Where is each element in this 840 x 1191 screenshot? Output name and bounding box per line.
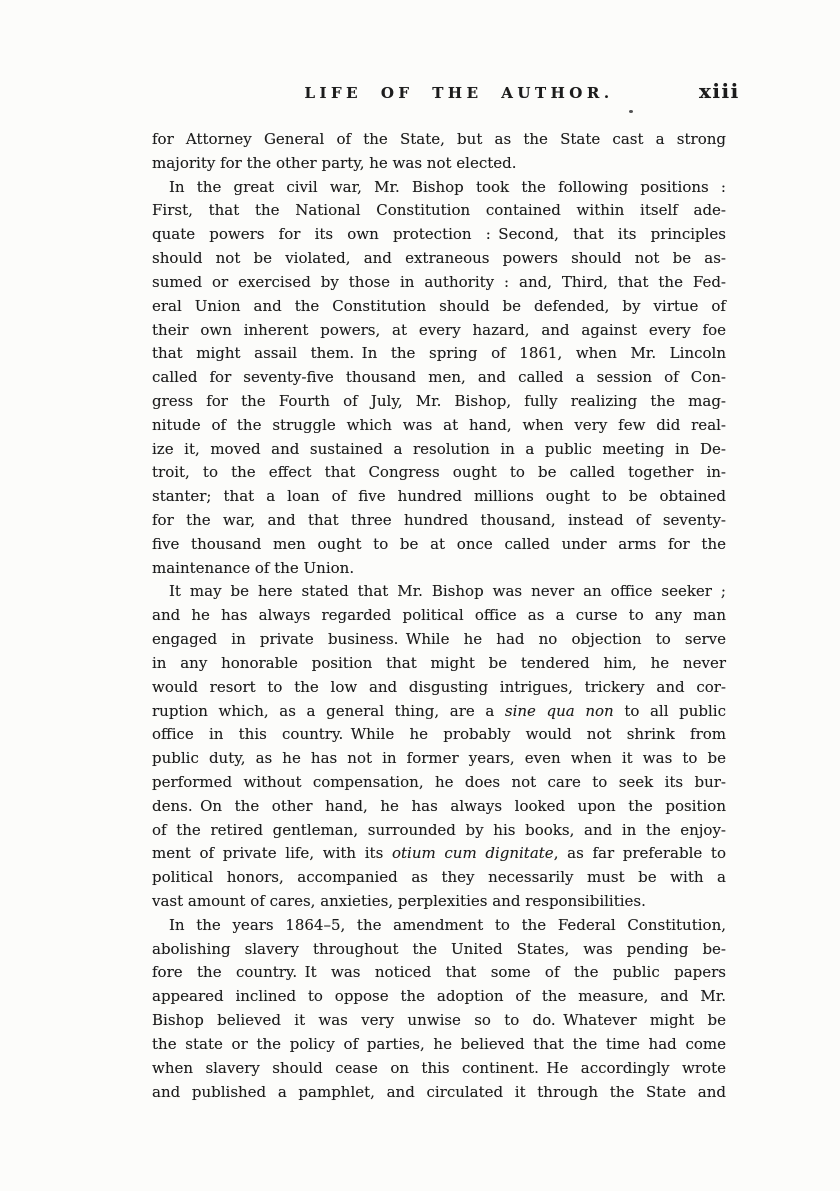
ink-speck bbox=[629, 110, 633, 113]
italic-phrase: otium cum dignitate bbox=[392, 844, 554, 862]
text-line: In the years 1864–5, the amendment to th… bbox=[152, 914, 726, 938]
text-line: First, that the National Constitution co… bbox=[152, 199, 726, 223]
text-segment: abolishing slavery throughout the United… bbox=[152, 940, 726, 958]
text-segment: In the great civil war, Mr. Bishop took … bbox=[169, 178, 726, 196]
text-line: eral Union and the Constitution should b… bbox=[152, 295, 726, 319]
text-segment: that might assail them. In the spring of… bbox=[152, 344, 726, 362]
text-segment: majority for the other party, he was not… bbox=[152, 154, 517, 172]
text-line: office in this country. While he probabl… bbox=[152, 723, 726, 747]
text-line: and published a pamphlet, and circulated… bbox=[152, 1081, 726, 1105]
text-line: quate powers for its own protection : Se… bbox=[152, 223, 726, 247]
text-line: and he has always regarded political off… bbox=[152, 604, 726, 628]
text-segment: in any honorable position that might be … bbox=[152, 654, 726, 672]
text-segment: when slavery should cease on this contin… bbox=[152, 1059, 726, 1077]
text-segment: First, that the National Constitution co… bbox=[152, 201, 726, 219]
text-line: It may be here stated that Mr. Bishop wa… bbox=[152, 580, 726, 604]
text-segment: engaged in private business. While he ha… bbox=[152, 630, 726, 648]
text-line: five thousand men ought to be at once ca… bbox=[152, 533, 726, 557]
text-segment: dens. On the other hand, he has always l… bbox=[152, 797, 726, 815]
book-page-scan: LIFE OF THE AUTHOR. xiii for Attorney Ge… bbox=[0, 0, 840, 1191]
text-segment: should not be violated, and extraneous p… bbox=[152, 249, 726, 267]
text-line: ment of private life, with its otium cum… bbox=[152, 842, 726, 866]
text-segment: nitude of the struggle which was at hand… bbox=[152, 416, 726, 434]
text-line: In the great civil war, Mr. Bishop took … bbox=[152, 176, 726, 200]
text-line: sumed or exercised by those in authority… bbox=[152, 271, 726, 295]
text-segment: Bishop believed it was very unwise so to… bbox=[152, 1011, 726, 1029]
text-segment: the state or the policy of parties, he b… bbox=[152, 1035, 726, 1053]
text-segment: eral Union and the Constitution should b… bbox=[152, 297, 726, 315]
text-segment: gress for the Fourth of July, Mr. Bishop… bbox=[152, 392, 726, 410]
text-segment: of the retired gentleman, surrounded by … bbox=[152, 821, 726, 839]
text-segment: performed without compensation, he does … bbox=[152, 773, 726, 791]
text-segment: vast amount of cares, anxieties, perplex… bbox=[152, 892, 646, 910]
text-line: when slavery should cease on this contin… bbox=[152, 1057, 726, 1081]
text-line: vast amount of cares, anxieties, perplex… bbox=[152, 890, 726, 914]
text-segment: for the war, and that three hundred thou… bbox=[152, 511, 726, 529]
running-title: LIFE OF THE AUTHOR. bbox=[304, 84, 613, 102]
text-segment: to all public bbox=[614, 702, 726, 720]
text-line: maintenance of the Union. bbox=[152, 557, 726, 581]
text-segment: In the years 1864–5, the amendment to th… bbox=[169, 916, 726, 934]
text-line: troit, to the effect that Congress ought… bbox=[152, 461, 726, 485]
text-segment: ruption which, as a general thing, are a bbox=[152, 702, 505, 720]
text-line: public duty, as he has not in former yea… bbox=[152, 747, 726, 771]
text-line: ize it, moved and sustained a resolution… bbox=[152, 438, 726, 462]
text-line: should not be violated, and extraneous p… bbox=[152, 247, 726, 271]
text-segment: would resort to the low and disgusting i… bbox=[152, 678, 726, 696]
text-segment: stanter; that a loan of five hundred mil… bbox=[152, 487, 726, 505]
text-segment: ment of private life, with its bbox=[152, 844, 392, 862]
text-line: for Attorney General of the State, but a… bbox=[152, 128, 726, 152]
text-segment: fore the country. It was noticed that so… bbox=[152, 963, 726, 981]
text-line: dens. On the other hand, he has always l… bbox=[152, 795, 726, 819]
text-segment: public duty, as he has not in former yea… bbox=[152, 749, 726, 767]
text-segment: maintenance of the Union. bbox=[152, 559, 354, 577]
text-line: of the retired gentleman, surrounded by … bbox=[152, 819, 726, 843]
text-line: ruption which, as a general thing, are a… bbox=[152, 700, 726, 724]
text-segment: and published a pamphlet, and circulated… bbox=[152, 1083, 726, 1101]
text-segment: their own inherent powers, at every haza… bbox=[152, 321, 726, 339]
text-line: would resort to the low and disgusting i… bbox=[152, 676, 726, 700]
text-line: engaged in private business. While he ha… bbox=[152, 628, 726, 652]
page-number: xiii bbox=[699, 79, 740, 103]
text-segment: troit, to the effect that Congress ought… bbox=[152, 463, 726, 481]
text-line: nitude of the struggle which was at hand… bbox=[152, 414, 726, 438]
text-segment: appeared inclined to oppose the adoption… bbox=[152, 987, 726, 1005]
text-line: performed without compensation, he does … bbox=[152, 771, 726, 795]
text-line: called for seventy-five thousand men, an… bbox=[152, 366, 726, 390]
text-line: that might assail them. In the spring of… bbox=[152, 342, 726, 366]
text-segment: quate powers for its own protection : Se… bbox=[152, 225, 726, 243]
text-segment: sumed or exercised by those in authority… bbox=[152, 273, 726, 291]
text-line: political honors, accompanied as they ne… bbox=[152, 866, 726, 890]
text-line: for the war, and that three hundred thou… bbox=[152, 509, 726, 533]
text-line: abolishing slavery throughout the United… bbox=[152, 938, 726, 962]
text-line: fore the country. It was noticed that so… bbox=[152, 961, 726, 985]
text-line: appeared inclined to oppose the adoption… bbox=[152, 985, 726, 1009]
text-line: majority for the other party, he was not… bbox=[152, 152, 726, 176]
italic-phrase: sine qua non bbox=[505, 702, 614, 720]
text-line: in any honorable position that might be … bbox=[152, 652, 726, 676]
page-body: for Attorney General of the State, but a… bbox=[152, 128, 726, 1104]
text-line: Bishop believed it was very unwise so to… bbox=[152, 1009, 726, 1033]
text-segment: , as far preferable to bbox=[554, 844, 726, 862]
text-segment: five thousand men ought to be at once ca… bbox=[152, 535, 726, 553]
text-line: their own inherent powers, at every haza… bbox=[152, 319, 726, 343]
text-segment: It may be here stated that Mr. Bishop wa… bbox=[169, 582, 726, 600]
text-line: gress for the Fourth of July, Mr. Bishop… bbox=[152, 390, 726, 414]
text-segment: for Attorney General of the State, but a… bbox=[152, 130, 726, 148]
text-segment: called for seventy-five thousand men, an… bbox=[152, 368, 726, 386]
text-segment: ize it, moved and sustained a resolution… bbox=[152, 440, 726, 458]
text-segment: office in this country. While he probabl… bbox=[152, 725, 726, 743]
text-segment: political honors, accompanied as they ne… bbox=[152, 868, 726, 886]
text-line: the state or the policy of parties, he b… bbox=[152, 1033, 726, 1057]
text-line: stanter; that a loan of five hundred mil… bbox=[152, 485, 726, 509]
text-segment: and he has always regarded political off… bbox=[152, 606, 726, 624]
